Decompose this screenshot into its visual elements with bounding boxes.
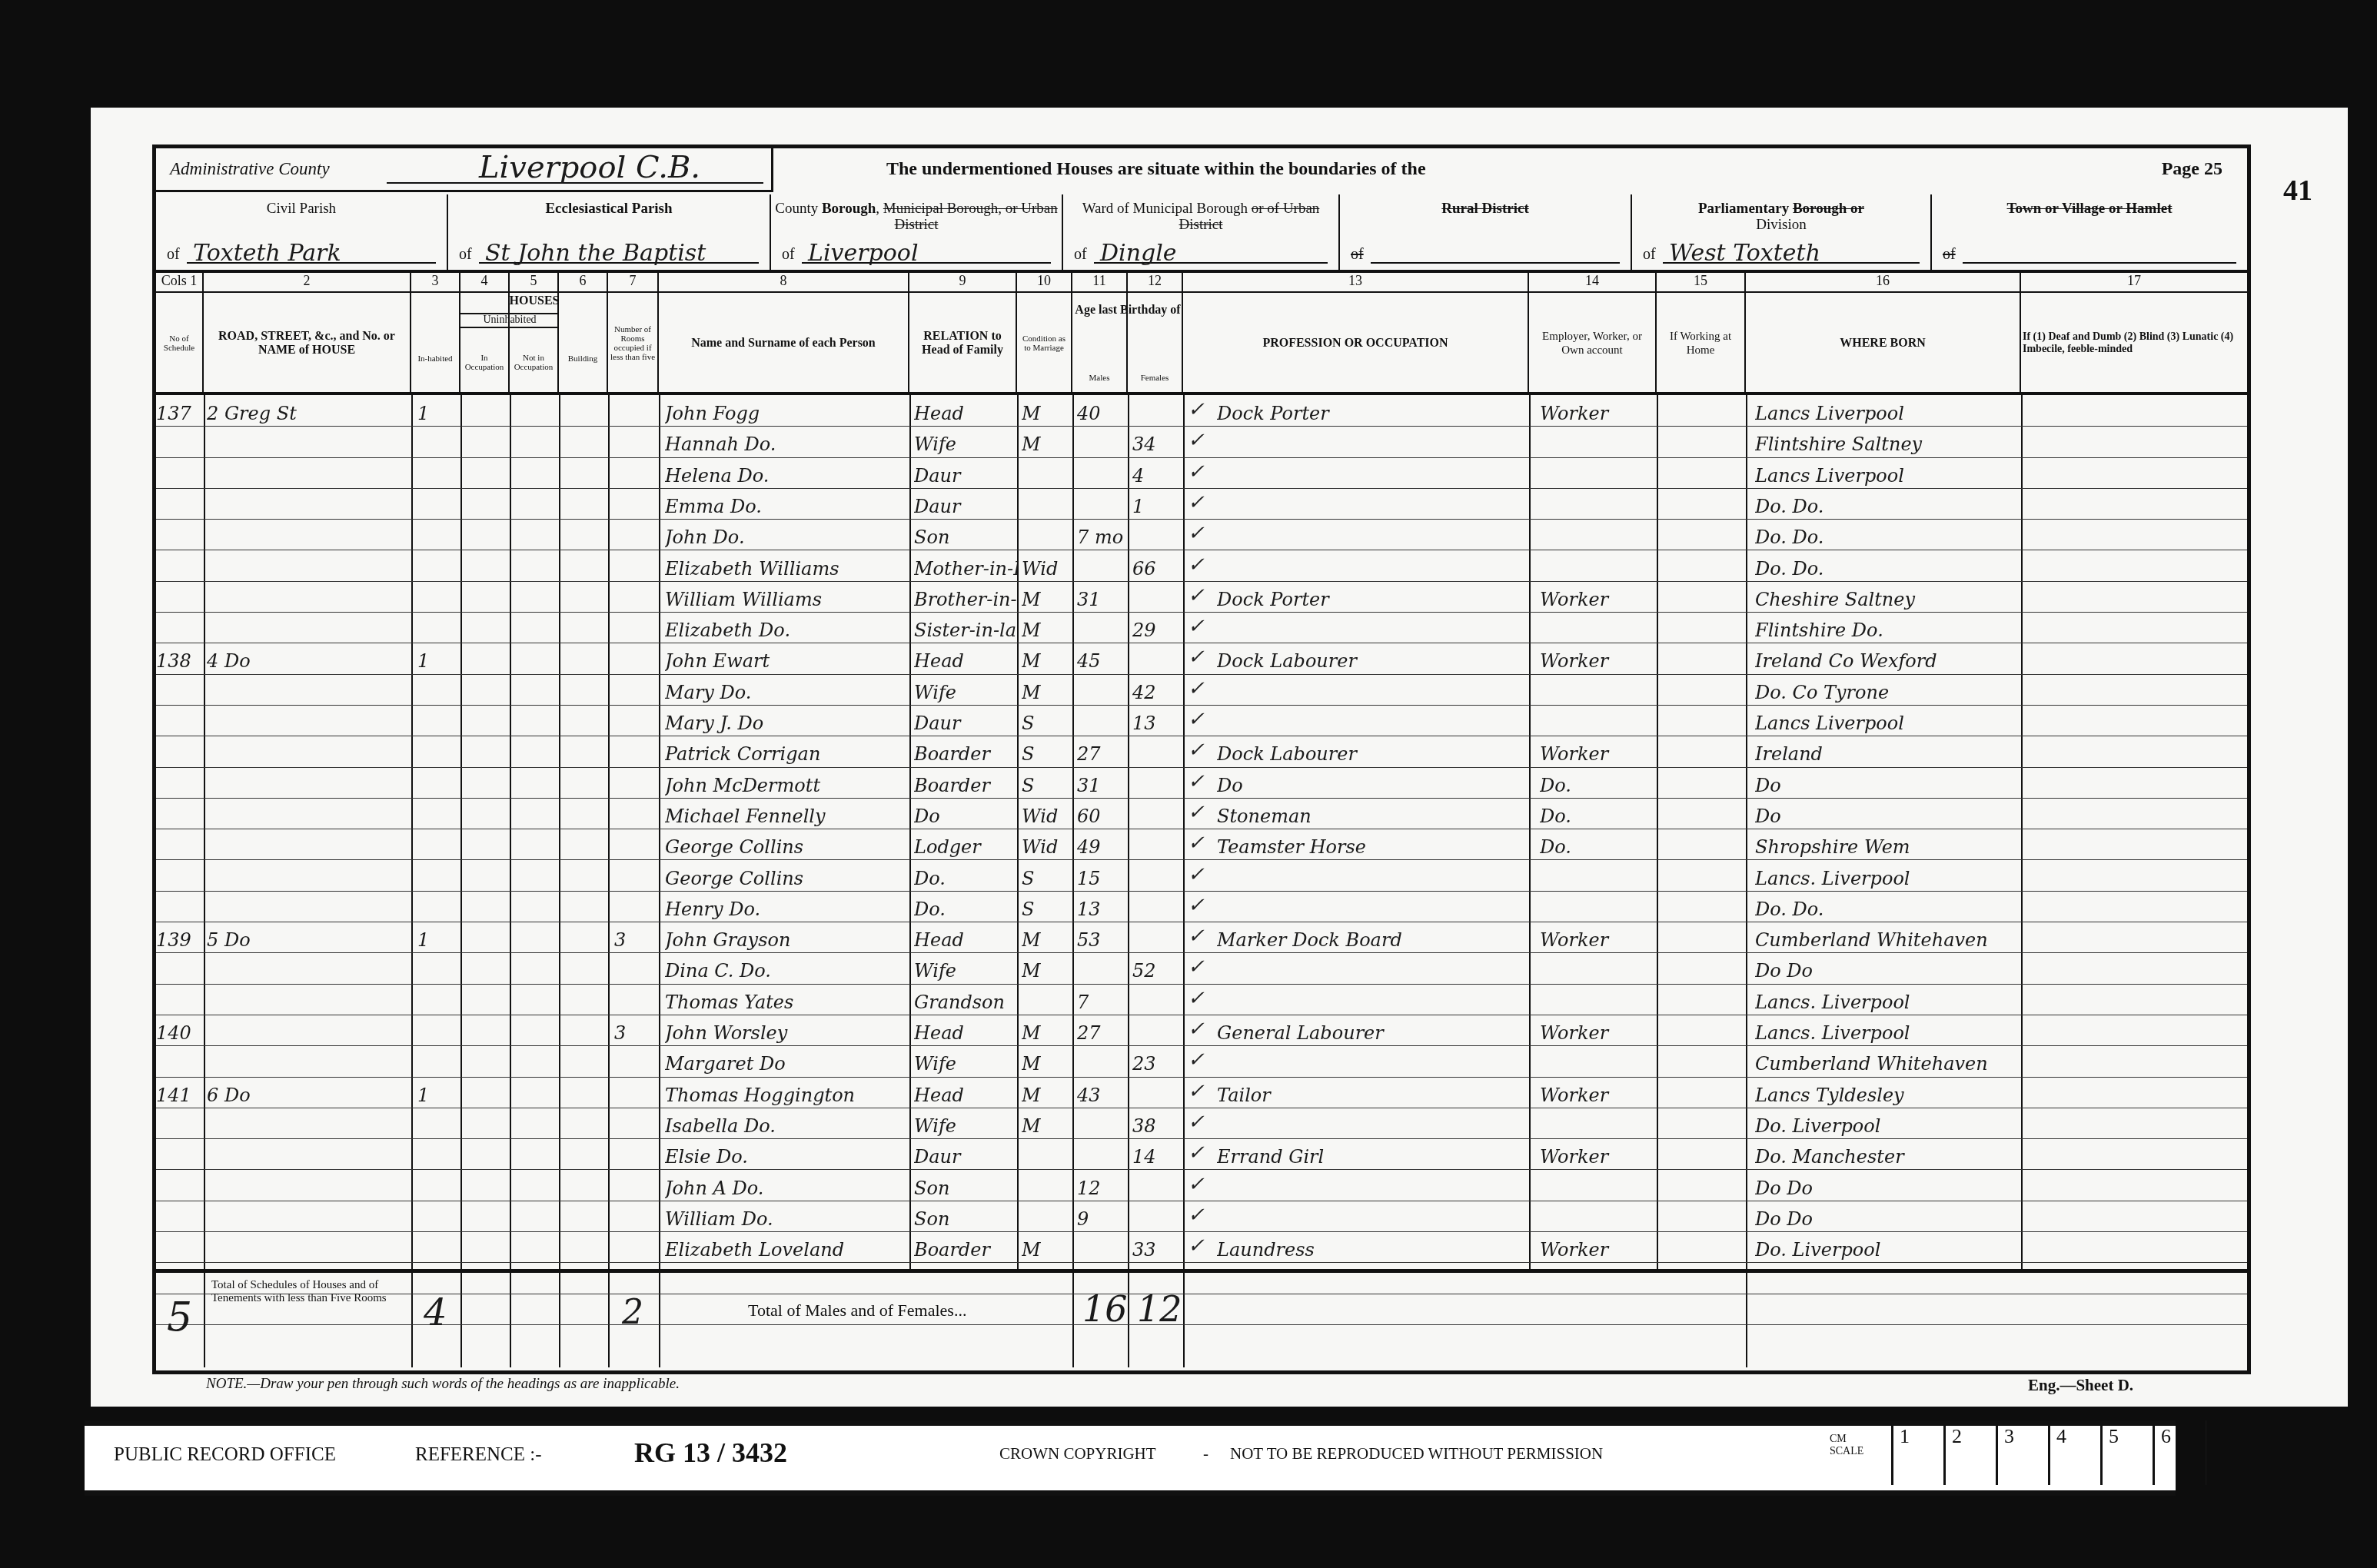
where-born-cell: Do. Liverpool: [1755, 1231, 2021, 1262]
female-age-cell: 29: [1132, 612, 1183, 643]
inhabited-cell: [417, 1138, 460, 1169]
where-born-cell: Do: [1755, 798, 2021, 829]
check-mark-icon: ✓: [1188, 460, 1205, 483]
condition-cell: [1022, 1138, 1072, 1169]
condition-cell: M: [1022, 1077, 1072, 1108]
schedule-cell: [156, 984, 204, 1015]
administrative-county-value: Liverpool C.B.: [479, 150, 700, 185]
condition-cell: Wid: [1022, 798, 1072, 829]
female-age-cell: [1132, 519, 1183, 550]
rooms-cell: [614, 488, 659, 519]
address-cell: 2 Greg St: [207, 395, 411, 426]
address-cell: [207, 829, 411, 859]
males-total: 16: [1082, 1288, 1128, 1330]
table-row: Thomas YatesGrandson7Lancs. Liverpool✓: [156, 984, 2247, 1015]
rooms-cell: [614, 829, 659, 859]
col-title: WHERE BORN: [1747, 296, 2018, 390]
parliamentary-label: Parliamentary Borough orDivision: [1632, 201, 1930, 233]
check-mark-icon: ✓: [1188, 739, 1205, 762]
address-cell: [207, 1108, 411, 1138]
civil-parish: Civil Parish of Toxteth Park: [156, 194, 448, 270]
name-cell: Hannah Do.: [665, 426, 909, 457]
schedule-cell: [156, 952, 204, 983]
rooms-cell: [614, 612, 659, 643]
table-row: 1372 Greg St1John FoggHeadM40Dock Porter…: [156, 395, 2247, 427]
col-number: 7: [608, 273, 657, 293]
address-cell: [207, 1045, 411, 1076]
inhabited-cell: [417, 1201, 460, 1231]
male-age-cell: 45: [1077, 643, 1128, 673]
name-cell: Henry Do.: [665, 891, 909, 922]
inhabited-cell: [417, 426, 460, 457]
male-age-cell: [1077, 550, 1128, 581]
town-label: Town or Village or Hamlet: [1932, 201, 2247, 217]
rooms-cell: [614, 952, 659, 983]
parliamentary-value: West Toxteth: [1669, 240, 1820, 267]
employment-cell: Worker: [1540, 1077, 1657, 1108]
where-born-cell: Shropshire Wem: [1755, 829, 2021, 859]
sheet-label: Eng.—Sheet D.: [2028, 1376, 2133, 1395]
of-label: of: [167, 246, 180, 264]
male-age-cell: [1077, 705, 1128, 736]
name-cell: John A Do.: [665, 1170, 909, 1201]
occupation-cell: [1217, 891, 1529, 922]
col-number: 8: [659, 273, 908, 293]
infirmity-cell: [2032, 1108, 2247, 1138]
col-where-born: 16WHERE BORN: [1746, 273, 2021, 392]
infirmity-cell: [2032, 922, 2247, 952]
condition-cell: [1022, 1201, 1072, 1231]
schedule-cell: 137: [156, 395, 204, 426]
female-age-cell: [1132, 984, 1183, 1015]
name-cell: Mary J. Do: [665, 705, 909, 736]
name-cell: Michael Fennelly: [665, 798, 909, 829]
occupation-cell: [1217, 860, 1529, 891]
employment-cell: [1540, 1108, 1657, 1138]
schedule-cell: [156, 1201, 204, 1231]
address-cell: [207, 550, 411, 581]
male-age-cell: 12: [1077, 1170, 1128, 1201]
employment-cell: [1540, 488, 1657, 519]
inhabited-cell: 1: [417, 1077, 460, 1108]
occupation-cell: Errand Girl: [1217, 1138, 1529, 1169]
infirmity-cell: [2032, 581, 2247, 612]
where-born-cell: Do. Do.: [1755, 519, 2021, 550]
name-cell: Elsie Do.: [665, 1138, 909, 1169]
scale-mark: 3: [1996, 1420, 2048, 1485]
female-age-cell: [1132, 1170, 1183, 1201]
infirmity-cell: [2032, 1045, 2247, 1076]
employment-cell: [1540, 1201, 1657, 1231]
boundary-divisions: Civil Parish of Toxteth Park Ecclesiasti…: [156, 194, 2247, 273]
col-number: 10: [1017, 273, 1071, 293]
occupation-cell: Teamster Horse: [1217, 829, 1529, 859]
occupation-cell: Stoneman: [1217, 798, 1529, 829]
col-title: Building: [560, 327, 605, 390]
table-row: Elizabeth LovelandBoarderM33LaundressWor…: [156, 1231, 2247, 1263]
relation-cell: Do.: [914, 891, 1017, 922]
of-label: of: [1643, 246, 1656, 264]
inhabited-cell: [417, 519, 460, 550]
schedule-cell: [156, 1138, 204, 1169]
rural-district: Rural District of: [1340, 194, 1632, 270]
rooms-cell: [614, 984, 659, 1015]
reference-number: RG 13 / 3432: [634, 1437, 787, 1469]
rooms-cell: [614, 643, 659, 673]
table-row: 1384 Do1John EwartHeadM45Dock LabourerWo…: [156, 643, 2247, 674]
relation-cell: Boarder: [914, 736, 1017, 766]
check-mark-icon: ✓: [1188, 832, 1205, 855]
table-row: John Do.Son7 moDo. Do.✓: [156, 519, 2247, 550]
female-age-cell: [1132, 643, 1183, 673]
inhabited-cell: 1: [417, 395, 460, 426]
male-age-cell: 31: [1077, 767, 1128, 798]
col-number: 14: [1529, 273, 1655, 293]
schedule-cell: [156, 767, 204, 798]
col-title: In-habited: [413, 327, 457, 390]
infirmity-cell: [2032, 395, 2247, 426]
col-males: 11Males: [1072, 273, 1128, 392]
parliamentary-division: Parliamentary Borough orDivision of West…: [1632, 194, 1932, 270]
occupation-cell: Dock Labourer: [1217, 736, 1529, 766]
male-age-cell: 60: [1077, 798, 1128, 829]
inhabited-cell: [417, 829, 460, 859]
census-page: 41 Administrative County Liverpool C.B. …: [91, 108, 2348, 1407]
rooms-cell: 3: [614, 1015, 659, 1045]
name-cell: John Worsley: [665, 1015, 909, 1045]
female-age-cell: [1132, 829, 1183, 859]
female-age-cell: [1132, 860, 1183, 891]
where-born-cell: Do Do: [1755, 952, 2021, 983]
check-mark-icon: ✓: [1188, 1234, 1205, 1257]
male-age-cell: [1077, 457, 1128, 488]
table-row: Elsie Do.Daur14Errand GirlWorkerDo. Manc…: [156, 1138, 2247, 1170]
col-title: Number of Rooms occupied if less than fi…: [610, 296, 656, 390]
table-row: George CollinsDo.S15Lancs. Liverpool✓: [156, 860, 2247, 892]
name-cell: John Ewart: [665, 643, 909, 673]
inhabited-cell: [417, 891, 460, 922]
employment-cell: [1540, 952, 1657, 983]
name-cell: William Do.: [665, 1201, 909, 1231]
ecclesiastical-parish-label: Ecclesiastical Parish: [448, 201, 770, 217]
check-mark-icon: ✓: [1188, 955, 1205, 978]
col-title: PROFESSION OR OCCUPATION: [1185, 296, 1526, 390]
name-cell: William Williams: [665, 581, 909, 612]
male-age-cell: [1077, 488, 1128, 519]
col-inhabited: 3In-habited: [411, 273, 460, 392]
address-cell: [207, 1138, 411, 1169]
cm-scale-label: CM SCALE: [1830, 1433, 1876, 1458]
inhabited-cell: [417, 705, 460, 736]
table-row: William WilliamsBrother-in-lawM31Dock Po…: [156, 581, 2247, 613]
schedule-cell: [156, 488, 204, 519]
employment-cell: Do.: [1540, 798, 1657, 829]
name-cell: Patrick Corrigan: [665, 736, 909, 766]
female-age-cell: [1132, 1015, 1183, 1045]
where-born-cell: Do Do: [1755, 1201, 2021, 1231]
check-mark-icon: ✓: [1188, 708, 1205, 731]
infirmity-cell: [2032, 1015, 2247, 1045]
name-cell: John Grayson: [665, 922, 909, 952]
of-label: of: [459, 246, 472, 264]
relation-cell: Wife: [914, 952, 1017, 983]
name-cell: Elizabeth Loveland: [665, 1231, 909, 1262]
inhabited-cell: [417, 860, 460, 891]
cm-scale: 123456: [1891, 1420, 2213, 1485]
condition-cell: Wid: [1022, 829, 1072, 859]
rooms-cell: [614, 798, 659, 829]
relation-cell: Boarder: [914, 767, 1017, 798]
female-age-cell: 1: [1132, 488, 1183, 519]
schedules-total: 5: [167, 1294, 192, 1340]
check-mark-icon: ✓: [1188, 987, 1205, 1010]
rooms-cell: [614, 860, 659, 891]
relation-cell: Head: [914, 1015, 1017, 1045]
houses-group-label: HOUSES: [460, 294, 608, 308]
relation-cell: Daur: [914, 1138, 1017, 1169]
relation-cell: Boarder: [914, 1231, 1017, 1262]
inhabited-cell: [417, 736, 460, 766]
name-cell: John Fogg: [665, 395, 909, 426]
check-mark-icon: ✓: [1188, 863, 1205, 886]
employment-cell: [1540, 891, 1657, 922]
check-mark-icon: ✓: [1188, 801, 1205, 824]
town-village-hamlet: Town or Village or Hamlet of: [1932, 194, 2247, 270]
address-cell: [207, 1015, 411, 1045]
relation-cell: Head: [914, 643, 1017, 673]
rooms-cell: [614, 519, 659, 550]
check-mark-icon: ✓: [1188, 925, 1205, 948]
schedule-cell: 141: [156, 1077, 204, 1108]
schedule-cell: [156, 519, 204, 550]
employment-cell: Worker: [1540, 581, 1657, 612]
scale-mark: 5: [2100, 1420, 2153, 1485]
condition-cell: S: [1022, 860, 1072, 891]
female-age-cell: [1132, 798, 1183, 829]
female-age-cell: [1132, 922, 1183, 952]
table-row: Mary J. DoDaurS13Lancs Liverpool✓: [156, 705, 2247, 736]
scale-mark: 1: [1891, 1420, 1943, 1485]
ecclesiastical-parish-value: St John the Baptist: [485, 240, 706, 267]
where-born-cell: Lancs. Liverpool: [1755, 860, 2021, 891]
condition-cell: S: [1022, 767, 1072, 798]
underline: [1963, 262, 2236, 264]
males-females-total-label: Total of Males and of Females...: [748, 1301, 966, 1321]
check-mark-icon: ✓: [1188, 894, 1205, 917]
address-cell: [207, 705, 411, 736]
rooms-cell: [614, 395, 659, 426]
relation-cell: Son: [914, 519, 1017, 550]
where-born-cell: Ireland: [1755, 736, 2021, 766]
col-number: 9: [909, 273, 1016, 293]
name-cell: Mary Do.: [665, 674, 909, 705]
infirmity-cell: [2032, 736, 2247, 766]
inhabited-total: 4: [424, 1291, 447, 1334]
female-age-cell: 13: [1132, 705, 1183, 736]
inhabited-cell: [417, 612, 460, 643]
where-born-cell: Do. Do.: [1755, 550, 2021, 581]
relation-cell: Wife: [914, 1045, 1017, 1076]
county-borough-label: County Borough, Municipal Borough, or Ur…: [771, 201, 1062, 233]
address-cell: [207, 612, 411, 643]
rooms-cell: [614, 674, 659, 705]
col-title: ROAD, STREET, &c., and No. or NAME of HO…: [205, 296, 408, 390]
condition-cell: [1022, 1170, 1072, 1201]
rooms-cell: [614, 426, 659, 457]
infirmity-cell: [2032, 488, 2247, 519]
employment-cell: Do.: [1540, 829, 1657, 859]
schedule-cell: 138: [156, 643, 204, 673]
schedule-cell: [156, 1170, 204, 1201]
schedule-cell: [156, 891, 204, 922]
name-cell: Thomas Yates: [665, 984, 909, 1015]
employment-cell: Do.: [1540, 767, 1657, 798]
name-cell: Isabella Do.: [665, 1108, 909, 1138]
where-born-cell: Lancs. Liverpool: [1755, 1015, 2021, 1045]
schedule-cell: [156, 705, 204, 736]
relation-cell: Grandson: [914, 984, 1017, 1015]
rooms-cell: [614, 1138, 659, 1169]
condition-cell: [1022, 488, 1072, 519]
inhabited-cell: [417, 952, 460, 983]
address-cell: [207, 767, 411, 798]
table-row: Hannah Do.WifeM34Flintshire Saltney✓: [156, 426, 2247, 457]
male-age-cell: 7: [1077, 984, 1128, 1015]
address-cell: [207, 891, 411, 922]
rooms-cell: [614, 550, 659, 581]
rooms-cell: 3: [614, 922, 659, 952]
male-age-cell: [1077, 612, 1128, 643]
name-cell: Elizabeth Williams: [665, 550, 909, 581]
col-infirmity: 17If (1) Deaf and Dumb (2) Blind (3) Lun…: [2021, 273, 2247, 392]
col-number: 13: [1183, 273, 1528, 293]
col-title: Employer, Worker, or Own account: [1531, 296, 1654, 390]
male-age-cell: [1077, 1108, 1128, 1138]
ecclesiastical-parish: Ecclesiastical Parish of St John the Bap…: [448, 194, 771, 270]
where-born-cell: Lancs Liverpool: [1755, 705, 2021, 736]
male-age-cell: 27: [1077, 736, 1128, 766]
col-employment: 14Employer, Worker, or Own account: [1529, 273, 1657, 392]
employment-cell: Worker: [1540, 643, 1657, 673]
check-mark-icon: ✓: [1188, 398, 1205, 421]
where-born-cell: Do. Do.: [1755, 488, 2021, 519]
name-cell: Helena Do.: [665, 457, 909, 488]
col-title: RELATION to Head of Family: [911, 296, 1014, 390]
employment-cell: [1540, 457, 1657, 488]
infirmity-cell: [2032, 1138, 2247, 1169]
male-age-cell: 40: [1077, 395, 1128, 426]
female-age-cell: 42: [1132, 674, 1183, 705]
table-row: Elizabeth WilliamsMother-in-LawWid66Do. …: [156, 550, 2247, 582]
inhabited-cell: [417, 1108, 460, 1138]
col-schedule: Cols 1No of Schedule: [156, 273, 204, 392]
where-born-cell: Cheshire Saltney: [1755, 581, 2021, 612]
scale-end: [2205, 1420, 2213, 1485]
rural-district-label: Rural District: [1340, 201, 1631, 217]
archive-footer: PUBLIC RECORD OFFICE REFERENCE :- RG 13 …: [85, 1420, 2176, 1496]
male-age-cell: 31: [1077, 581, 1128, 612]
female-age-cell: [1132, 1077, 1183, 1108]
employment-cell: Worker: [1540, 1138, 1657, 1169]
condition-cell: [1022, 984, 1072, 1015]
table-row: Mary Do.WifeM42Do. Co Tyrone✓: [156, 674, 2247, 706]
infirmity-cell: [2032, 705, 2247, 736]
female-age-cell: [1132, 581, 1183, 612]
age-group-label: Age last Birthday of: [1072, 304, 1183, 317]
where-born-cell: Cumberland Whitehaven: [1755, 922, 2021, 952]
infirmity-cell: [2032, 1170, 2247, 1201]
condition-cell: M: [1022, 1231, 1072, 1262]
table-row: John A Do.Son12Do Do✓: [156, 1170, 2247, 1201]
col-working-at-home: 15If Working at Home: [1657, 273, 1746, 392]
administrative-county-label: Administrative County: [170, 159, 330, 179]
rooms-cell: [614, 457, 659, 488]
address-cell: [207, 860, 411, 891]
census-form: Administrative County Liverpool C.B. The…: [152, 145, 2251, 1374]
where-born-cell: Flintshire Do.: [1755, 612, 2021, 643]
col-title: If Working at Home: [1658, 296, 1743, 390]
relation-cell: Son: [914, 1170, 1017, 1201]
address-cell: [207, 581, 411, 612]
schedule-cell: [156, 457, 204, 488]
employment-cell: [1540, 1045, 1657, 1076]
col-number: 5: [510, 273, 557, 293]
infirmity-cell: [2032, 426, 2247, 457]
employment-cell: [1540, 550, 1657, 581]
inhabited-cell: [417, 674, 460, 705]
address-cell: [207, 457, 411, 488]
inhabited-cell: [417, 1045, 460, 1076]
occupation-cell: [1217, 1045, 1529, 1076]
relation-cell: Son: [914, 1201, 1017, 1231]
col-females: 12Females: [1128, 273, 1183, 392]
office-label: PUBLIC RECORD OFFICE: [114, 1444, 336, 1466]
infirmity-cell: [2032, 1201, 2247, 1231]
employment-cell: [1540, 674, 1657, 705]
where-born-cell: Cumberland Whitehaven: [1755, 1045, 2021, 1076]
occupation-cell: [1217, 1108, 1529, 1138]
check-mark-icon: ✓: [1188, 491, 1205, 514]
col-title: Females: [1129, 365, 1180, 390]
female-age-cell: 4: [1132, 457, 1183, 488]
where-born-cell: Lancs Liverpool: [1755, 457, 2021, 488]
schedule-cell: [156, 1045, 204, 1076]
condition-cell: M: [1022, 395, 1072, 426]
relation-cell: Daur: [914, 457, 1017, 488]
rooms-cell: [614, 1108, 659, 1138]
female-age-cell: 38: [1132, 1108, 1183, 1138]
occupation-cell: [1217, 488, 1529, 519]
schedule-cell: [156, 426, 204, 457]
relation-cell: Daur: [914, 488, 1017, 519]
schedule-cell: 140: [156, 1015, 204, 1045]
relation-cell: Head: [914, 1077, 1017, 1108]
struck-text: Municipal Borough, or Urban District: [883, 201, 1058, 233]
infirmity-cell: [2032, 1077, 2247, 1108]
rooms-cell: [614, 1170, 659, 1201]
address-cell: [207, 736, 411, 766]
employment-cell: [1540, 426, 1657, 457]
occupation-cell: Laundress: [1217, 1231, 1529, 1262]
ward-label: Ward of Municipal Borough or of Urban Di…: [1063, 201, 1338, 233]
rooms-cell: [614, 705, 659, 736]
infirmity-cell: [2032, 829, 2247, 859]
name-cell: Elizabeth Do.: [665, 612, 909, 643]
male-age-cell: 43: [1077, 1077, 1128, 1108]
male-age-cell: [1077, 1045, 1128, 1076]
where-born-cell: Lancs. Liverpool: [1755, 984, 2021, 1015]
employment-cell: [1540, 984, 1657, 1015]
